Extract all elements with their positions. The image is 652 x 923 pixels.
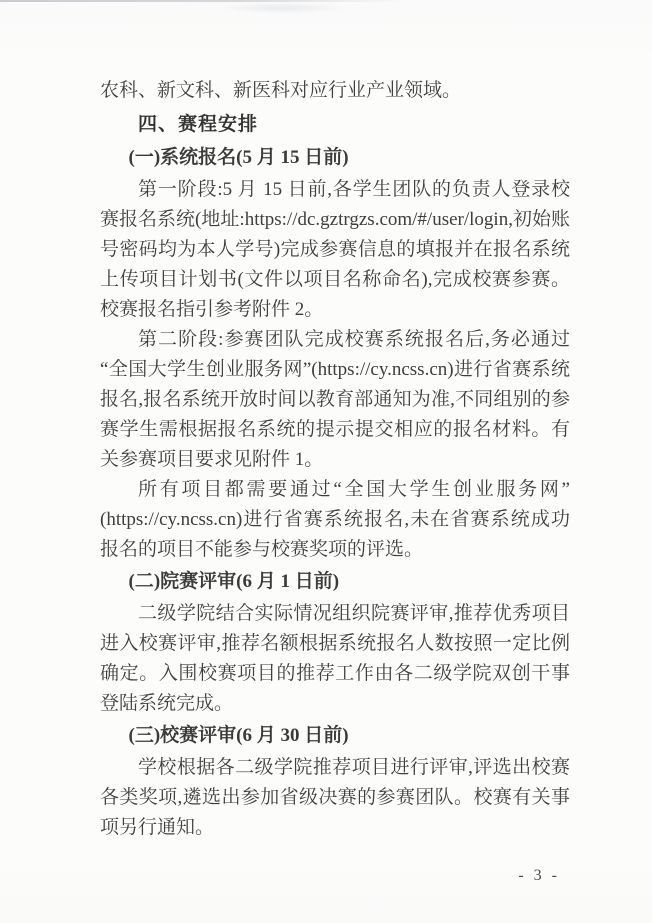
paragraph-school-review: 学校根据各二级学院推荐项目进行评审,评选出校赛各类奖项,遴选出参加省级决赛的参赛… [100, 753, 570, 843]
scan-smudge-artifact [218, 2, 348, 14]
subsection-heading-registration: (一)系统报名(5 月 15 日前) [100, 143, 570, 173]
paragraph-all-projects: 所有项目都需要通过“全国大学生创业服务网”(https://cy.ncss.cn… [100, 475, 570, 565]
subsection-heading-school-review: (三)校赛评审(6 月 30 日前) [100, 721, 570, 751]
paragraph-stage-two: 第二阶段:参赛团队完成校赛系统报名后,务必通过“全国大学生创业服务网”(http… [100, 325, 570, 475]
document-text-block: 农科、新文科、新医科对应行业产业领域。 四、赛程安排 (一)系统报名(5 月 1… [100, 76, 570, 843]
paragraph-continuation: 农科、新文科、新医科对应行业产业领域。 [100, 76, 570, 106]
subsection-heading-college-review: (二)院赛评审(6 月 1 日前) [100, 567, 570, 597]
document-page: 农科、新文科、新医科对应行业产业领域。 四、赛程安排 (一)系统报名(5 月 1… [0, 0, 652, 923]
section-title: 四、赛程安排 [100, 110, 570, 140]
paragraph-stage-one: 第一阶段:5 月 15 日前,各学生团队的负责人登录校赛报名系统(地址:http… [100, 175, 570, 325]
paragraph-college-review: 二级学院结合实际情况组织院赛评审,推荐优秀项目进入校赛评审,推荐名额根据系统报名… [100, 599, 570, 719]
page-number: - 3 - [518, 867, 560, 885]
